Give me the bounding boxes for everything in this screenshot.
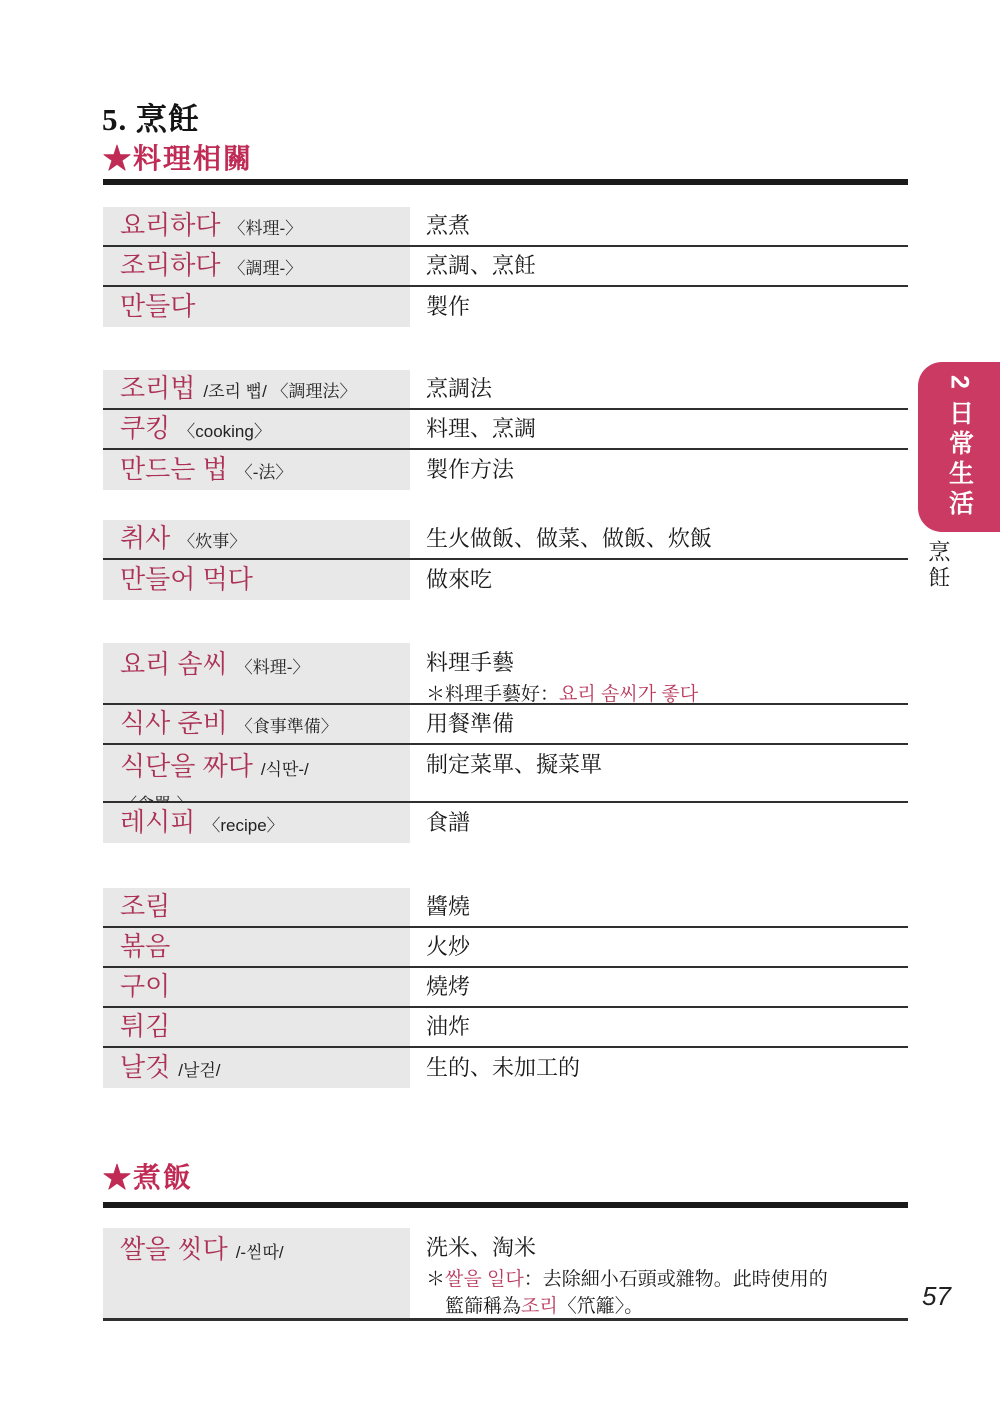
translation-cell: 油炸	[410, 1008, 908, 1046]
chinese-translation: 生的、未加工的	[426, 1054, 908, 1083]
translation-cell: 製作	[410, 287, 908, 327]
korean-headword: 튀김	[120, 1012, 170, 1042]
korean-cell: 날것/날걷/	[103, 1048, 410, 1088]
chinese-translation: 洗米、淘米	[426, 1234, 908, 1263]
korean-headword: 만들다	[120, 292, 195, 322]
table-row: 취사〈炊事〉生火做飯、做菜、做飯、炊飯	[103, 520, 908, 560]
chapter-number: 2	[946, 375, 974, 394]
korean-headword: 조리법	[120, 374, 195, 404]
table-row: 구이燒烤	[103, 968, 908, 1008]
translation-cell: 洗米、淘米＊쌀을 일다：去除細小石頭或雜物。此時使用的籃篩稱為조리〈笊籬〉。	[410, 1228, 908, 1318]
note-segment: 籃篩稱為	[445, 1296, 521, 1317]
annotation: /조리 뻡/ 〈調理法〉	[203, 377, 356, 402]
page-number: 57	[922, 1281, 951, 1312]
korean-headword: 조리하다	[120, 251, 220, 281]
translation-cell: 烹調、烹飪	[410, 247, 908, 285]
table-row: 날것/날걷/生的、未加工的	[103, 1048, 908, 1088]
annotation: /날걷/	[178, 1056, 220, 1081]
annotation: 〈cooking〉	[178, 417, 271, 442]
chapter-tab: 2日常生活	[918, 362, 1000, 532]
chinese-translation: 生火做飯、做菜、做飯、炊飯	[426, 525, 908, 554]
korean-headword: 레시피	[120, 808, 195, 838]
korean-cell: 취사〈炊事〉	[103, 520, 410, 558]
korean-cell: 조리법/조리 뻡/ 〈調理法〉	[103, 370, 410, 408]
translation-cell: 烹調法	[410, 370, 908, 408]
chapter-title: 日常生活	[946, 399, 974, 519]
table-row: 만드는 법〈-法〉製作方法	[103, 450, 908, 490]
chinese-translation: 油炸	[426, 1013, 908, 1042]
note-segment: ＊	[426, 1269, 445, 1290]
annotation: 〈料理-〉	[236, 653, 310, 678]
section-header-cooking-related: ★料理相關	[103, 137, 253, 177]
chinese-translation: 料理、烹調	[426, 415, 908, 444]
korean-headword: 만드는 법	[120, 455, 228, 485]
usage-note: ＊쌀을 일다：去除細小石頭或雜物。此時使用的籃篩稱為조리〈笊籬〉。	[426, 1266, 908, 1321]
translation-cell: 醬燒	[410, 888, 908, 926]
korean-headword: 볶음	[120, 932, 170, 962]
word-group: 취사〈炊事〉生火做飯、做菜、做飯、炊飯만들어 먹다做來吃	[103, 520, 908, 600]
table-row: 요리하다〈料理-〉烹煮	[103, 207, 908, 247]
word-group: 요리하다〈料理-〉烹煮조리하다〈調理-〉烹調、烹飪만들다製作	[103, 207, 908, 327]
translation-cell: 制定菜單、擬菜單	[410, 745, 908, 801]
korean-cell: 만들다	[103, 287, 410, 327]
chinese-translation: 料理手藝	[426, 649, 908, 678]
word-group: 요리 솜씨〈料理-〉料理手藝＊料理手藝好：요리 솜씨가 좋다식사 준비〈食事準備…	[103, 643, 908, 843]
table-row: 만들다製作	[103, 287, 908, 327]
note-segment: ：去除細小石頭或雜物。此時使用的	[524, 1269, 828, 1290]
table-row: 볶음火炒	[103, 928, 908, 968]
korean-cell: 만드는 법〈-法〉	[103, 450, 410, 490]
korean-headword: 식사 준비	[120, 709, 228, 739]
chinese-translation: 食譜	[426, 809, 908, 838]
translation-cell: 製作方法	[410, 450, 908, 490]
table-row: 조림醬燒	[103, 888, 908, 928]
korean-headword: 쿠킹	[120, 414, 170, 444]
table-row: 만들어 먹다做來吃	[103, 560, 908, 600]
table-row: 조리법/조리 뻡/ 〈調理法〉烹調法	[103, 370, 908, 410]
korean-headword: 만들어 먹다	[120, 565, 253, 595]
note-segment: 쌀을 일다	[445, 1269, 524, 1290]
annotation: 〈recipe〉	[203, 811, 283, 836]
korean-cell: 조리하다〈調理-〉	[103, 247, 410, 285]
annotation: 〈炊事〉	[178, 527, 246, 552]
korean-cell: 쿠킹〈cooking〉	[103, 410, 410, 448]
korean-headword: 쌀을 씻다	[120, 1235, 228, 1265]
korean-cell: 구이	[103, 968, 410, 1006]
chinese-translation: 用餐準備	[426, 710, 908, 739]
korean-cell: 볶음	[103, 928, 410, 966]
note-segment: ＊料理手藝好：	[426, 684, 559, 705]
korean-cell: 요리하다〈料理-〉	[103, 207, 410, 245]
word-group: 쌀을 씻다/-씯따/洗米、淘米＊쌀을 일다：去除細小石頭或雜物。此時使用的籃篩稱…	[103, 1228, 908, 1321]
table-row: 쌀을 씻다/-씯따/洗米、淘米＊쌀을 일다：去除細小石頭或雜物。此時使用的籃篩稱…	[103, 1228, 908, 1321]
korean-headword: 조림	[120, 892, 170, 922]
section-rule	[103, 179, 908, 185]
chinese-translation: 火炒	[426, 933, 908, 962]
table-row: 식사 준비〈食事準備〉用餐準備	[103, 705, 908, 745]
chinese-translation: 烹煮	[426, 212, 908, 241]
korean-headword: 취사	[120, 524, 170, 554]
korean-cell: 식사 준비〈食事準備〉	[103, 705, 410, 743]
korean-cell: 식단을 짜다/식딴-/〈食單-〉	[103, 745, 410, 801]
annotation: /-씯따/	[236, 1238, 284, 1263]
korean-headword: 요리 솜씨	[120, 650, 228, 680]
korean-cell: 레시피〈recipe〉	[103, 803, 410, 843]
korean-headword: 식단을 짜다	[120, 752, 253, 782]
table-row: 쿠킹〈cooking〉料理、烹調	[103, 410, 908, 450]
note-segment: 조리	[521, 1296, 558, 1317]
korean-headword: 요리하다	[120, 211, 220, 241]
note-segment: 〈笊籬〉。	[558, 1296, 644, 1317]
word-group: 조림醬燒볶음火炒구이燒烤튀김油炸날것/날걷/生的、未加工的	[103, 888, 908, 1088]
translation-cell: 烹煮	[410, 207, 908, 245]
translation-cell: 料理手藝＊料理手藝好：요리 솜씨가 좋다	[410, 643, 908, 703]
chinese-translation: 做來吃	[426, 566, 908, 595]
table-row: 요리 솜씨〈料理-〉料理手藝＊料理手藝好：요리 솜씨가 좋다	[103, 643, 908, 705]
korean-cell: 만들어 먹다	[103, 560, 410, 600]
translation-cell: 用餐準備	[410, 705, 908, 743]
annotation: 〈料理-〉	[228, 214, 302, 239]
table-row: 식단을 짜다/식딴-/〈食單-〉制定菜單、擬菜單	[103, 745, 908, 803]
translation-cell: 料理、烹調	[410, 410, 908, 448]
note-segment: 요리 솜씨가 좋다	[559, 684, 698, 705]
korean-cell: 조림	[103, 888, 410, 926]
table-row: 조리하다〈調理-〉烹調、烹飪	[103, 247, 908, 287]
section-header-rice-cooking: ★煮飯	[103, 1156, 193, 1196]
annotation: 〈調理-〉	[228, 254, 302, 279]
chinese-translation: 烹調法	[426, 375, 908, 404]
translation-cell: 燒烤	[410, 968, 908, 1006]
translation-cell: 食譜	[410, 803, 908, 843]
korean-cell: 튀김	[103, 1008, 410, 1046]
chapter-sub-label: 烹飪	[923, 540, 954, 592]
chinese-translation: 燒烤	[426, 973, 908, 1002]
table-row: 튀김油炸	[103, 1008, 908, 1048]
translation-cell: 生火做飯、做菜、做飯、炊飯	[410, 520, 908, 558]
annotation: /식딴-/	[261, 755, 309, 780]
annotation: 〈-法〉	[236, 458, 293, 483]
chinese-translation: 烹調、烹飪	[426, 252, 908, 281]
section-rule	[103, 1202, 908, 1208]
translation-cell: 火炒	[410, 928, 908, 966]
korean-cell: 쌀을 씻다/-씯따/	[103, 1228, 410, 1318]
korean-headword: 날것	[120, 1053, 170, 1083]
table-row: 레시피〈recipe〉食譜	[103, 803, 908, 843]
chinese-translation: 製作方法	[426, 456, 908, 485]
annotation: 〈食事準備〉	[236, 712, 338, 737]
page-title: 5. 烹飪	[102, 94, 200, 139]
translation-cell: 生的、未加工的	[410, 1048, 908, 1088]
korean-cell: 요리 솜씨〈料理-〉	[103, 643, 410, 703]
chapter-tab-text: 2日常生活	[947, 375, 972, 520]
chinese-translation: 製作	[426, 293, 908, 322]
translation-cell: 做來吃	[410, 560, 908, 600]
word-group: 조리법/조리 뻡/ 〈調理法〉烹調法쿠킹〈cooking〉料理、烹調만드는 법〈…	[103, 370, 908, 490]
usage-note: ＊料理手藝好：요리 솜씨가 좋다	[426, 681, 908, 709]
korean-headword: 구이	[120, 972, 170, 1002]
chinese-translation: 醬燒	[426, 893, 908, 922]
chinese-translation: 制定菜單、擬菜單	[426, 751, 908, 780]
